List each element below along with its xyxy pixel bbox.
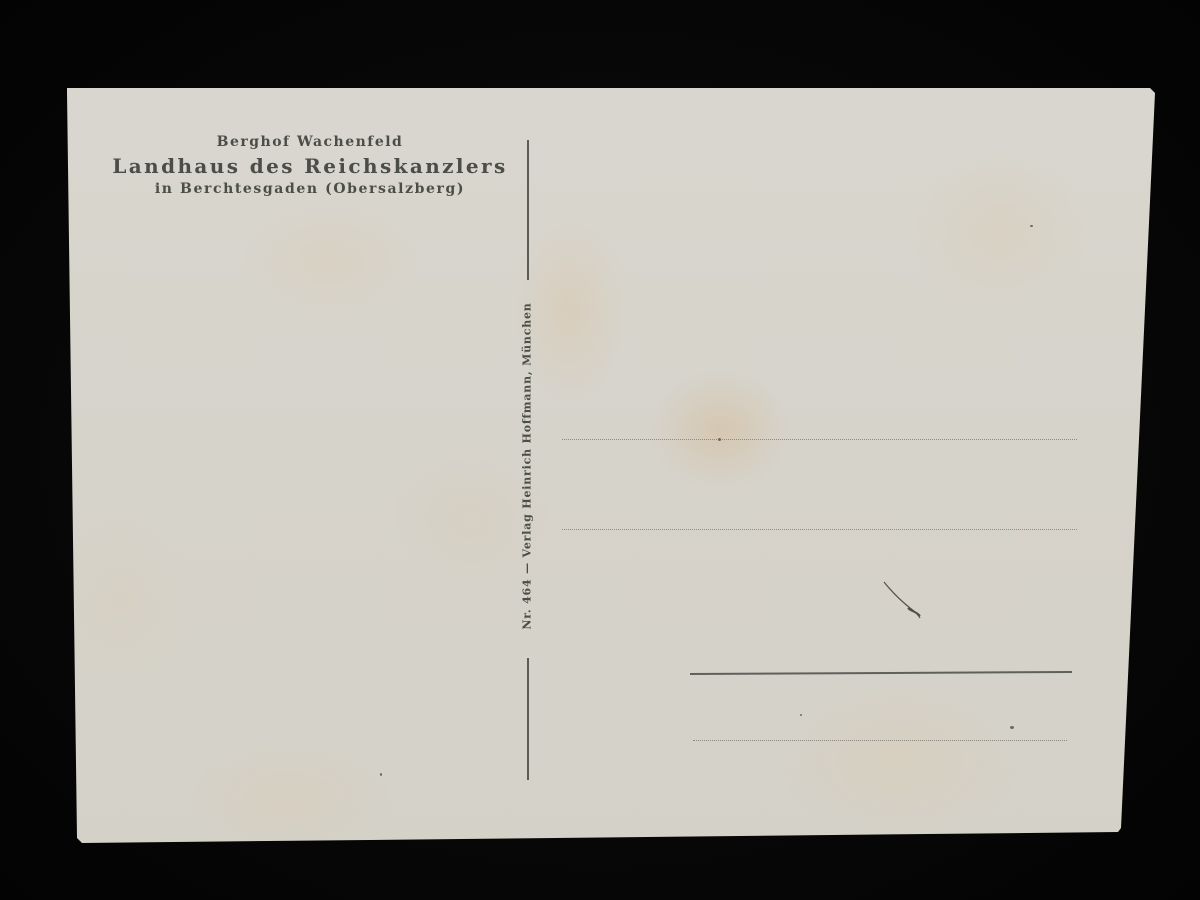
publisher-imprint: Nr. 464 — Verlag Heinrich Hoffmann, Münc… xyxy=(521,302,534,629)
paper-speck xyxy=(800,714,802,716)
center-divider-top xyxy=(527,140,529,280)
paper-speck xyxy=(1030,225,1033,227)
caption-line-3: in Berchtesgaden (Obersalzberg) xyxy=(110,181,510,197)
paper-speck xyxy=(718,438,721,441)
caption-block: Berghof Wachenfeld Landhaus des Reichska… xyxy=(110,134,510,197)
caption-line-1: Berghof Wachenfeld xyxy=(110,134,510,150)
pencil-mark xyxy=(880,578,926,622)
photo-scene: Berghof Wachenfeld Landhaus des Reichska… xyxy=(0,0,1200,900)
caption-line-2: Landhaus des Reichskanzlers xyxy=(110,154,510,178)
paper-speck xyxy=(1010,726,1014,729)
address-line-4 xyxy=(693,740,1067,741)
address-line-2 xyxy=(562,529,1077,530)
center-divider-bottom xyxy=(527,658,529,780)
paper-speck xyxy=(380,773,382,776)
address-line-1 xyxy=(562,439,1077,440)
postcard-back: Berghof Wachenfeld Landhaus des Reichska… xyxy=(0,0,1200,900)
